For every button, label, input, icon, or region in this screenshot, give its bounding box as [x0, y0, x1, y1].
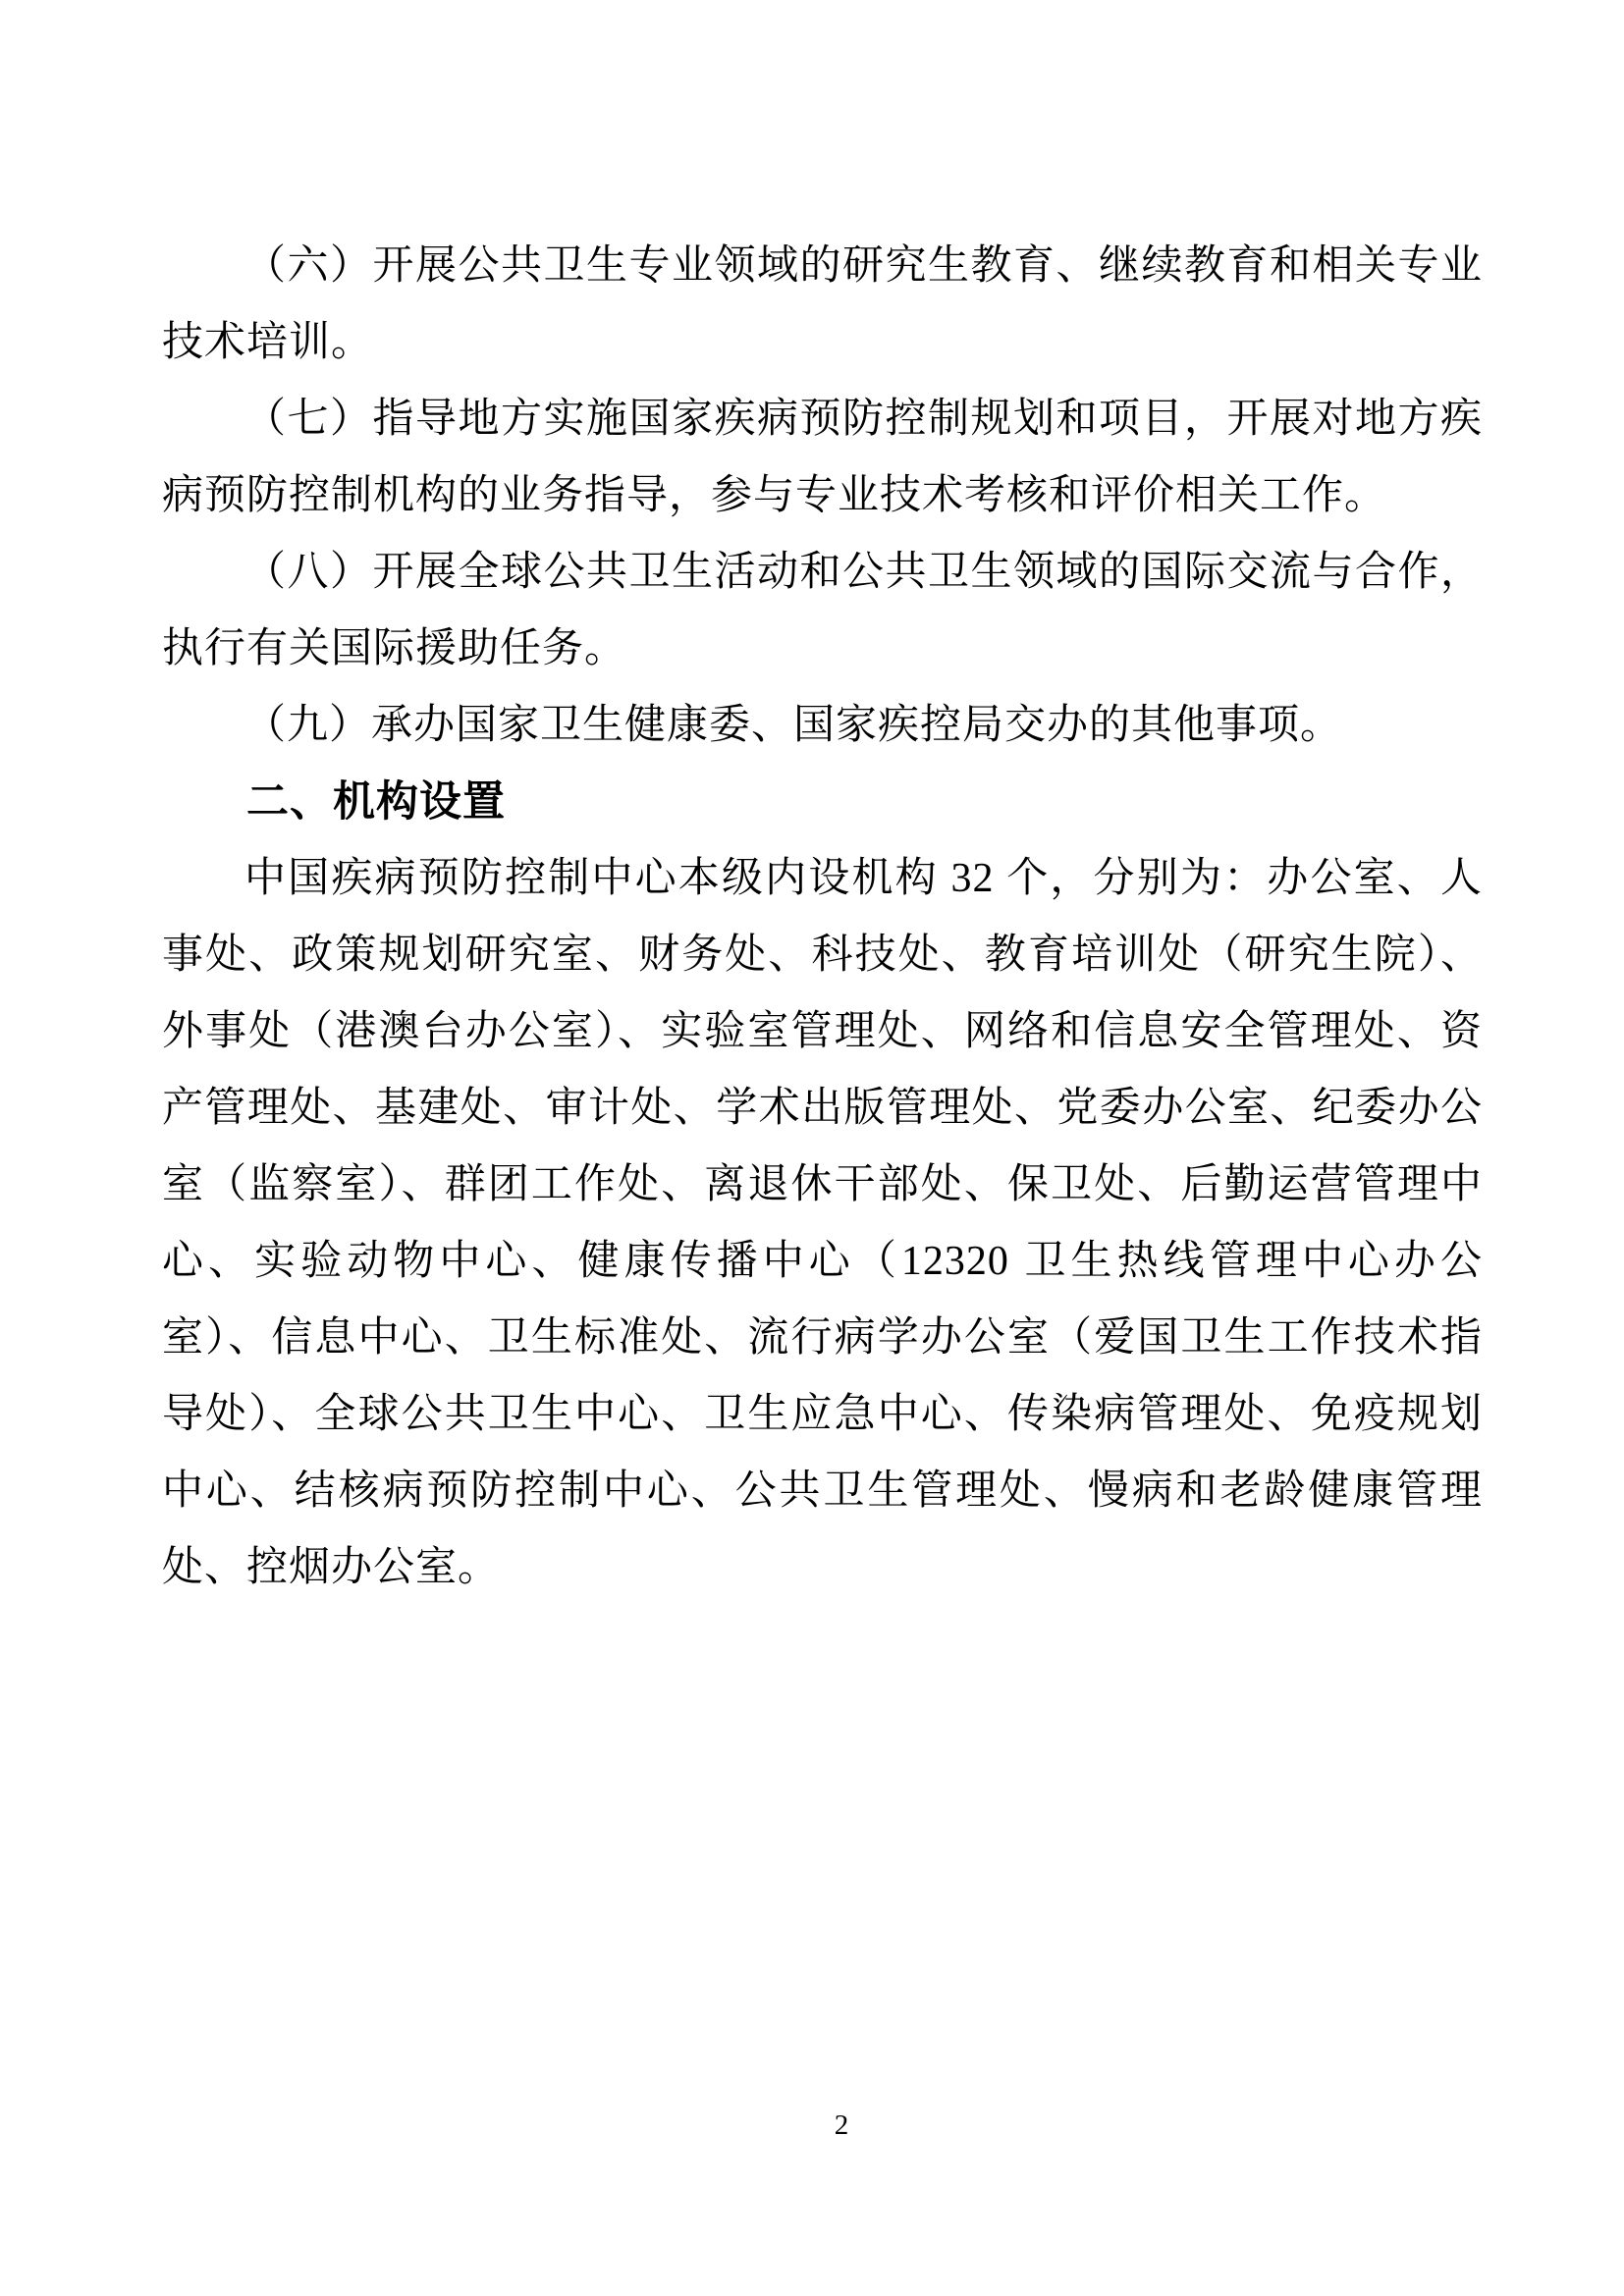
clause-7-paragraph: （七）指导地方实施国家疾病预防控制规划和项目，开展对地方疾病预防控制机构的业务指…: [162, 381, 1483, 534]
clause-8-paragraph: （八）开展全球公共卫生活动和公共卫生领域的国际交流与合作，执行有关国际援助任务。: [162, 534, 1483, 687]
document-page: （六）开展公共卫生专业领域的研究生教育、继续教育和相关专业技术培训。 （七）指导…: [0, 0, 1624, 2296]
clause-9-paragraph: （九）承办国家卫生健康委、国家疾控局交办的其他事项。: [162, 687, 1483, 764]
page-number: 2: [0, 2109, 1624, 2142]
document-body: （六）开展公共卫生专业领域的研究生教育、继续教育和相关专业技术培训。 （七）指导…: [162, 228, 1483, 1606]
clause-6-paragraph: （六）开展公共卫生专业领域的研究生教育、继续教育和相关专业技术培训。: [162, 228, 1483, 381]
organization-list-paragraph: 中国疾病预防控制中心本级内设机构 32 个，分别为：办公室、人事处、政策规划研究…: [162, 840, 1483, 1606]
section-heading-organization: 二、机构设置: [162, 764, 1483, 840]
